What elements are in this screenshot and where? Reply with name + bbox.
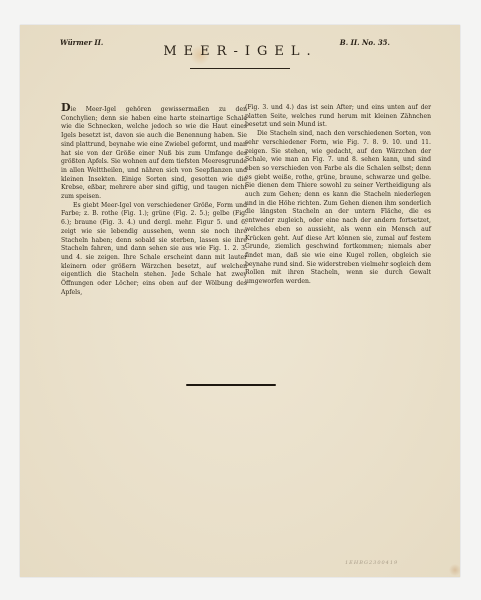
left-column: Die Meer-Igel gehören gewissermaßen zu d… (61, 104, 247, 297)
drop-cap: D (61, 101, 71, 114)
paragraph: Die Stacheln sind, nach den verschiedene… (245, 130, 431, 287)
paragraph: Es giebt Meer-Igel von verschiedener Grö… (61, 202, 247, 298)
title-divider (190, 68, 290, 69)
end-divider (186, 384, 276, 386)
paragraph: (Fig. 3. und 4.) das ist sein After; und… (245, 104, 431, 130)
archive-stamp: 1EHBG2300419 (345, 560, 398, 566)
page-title: MEER-IGEL. (0, 44, 481, 59)
right-column: (Fig. 3. und 4.) das ist sein After; und… (245, 104, 431, 287)
paragraph: Die Meer-Igel gehören gewissermaßen zu d… (61, 104, 247, 202)
